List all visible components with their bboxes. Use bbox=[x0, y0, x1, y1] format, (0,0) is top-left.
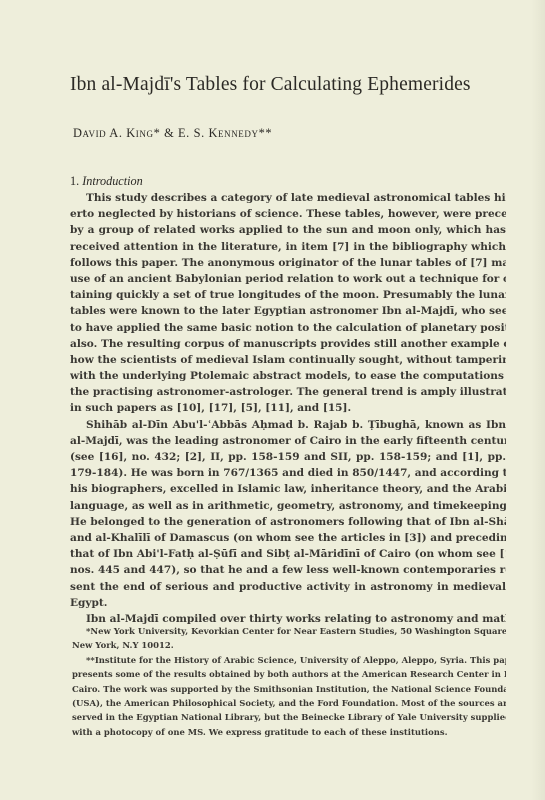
footnote-line: New York, N.Y 10012. bbox=[72, 638, 506, 652]
body-line: al-Majdī, was the leading astronomer of … bbox=[70, 433, 506, 449]
body-line: sent the end of serious and productive a… bbox=[70, 579, 506, 595]
body-line: that of Ibn Abi'l-Fatḥ al-Ṣūfī and Sibṭ … bbox=[70, 546, 506, 562]
body-line: (see [16], no. 432; [2], II, pp. 158-159… bbox=[70, 449, 506, 465]
body-line: tables were known to the later Egyptian … bbox=[70, 303, 506, 319]
footnote-line: served in the Egyptian National Library,… bbox=[72, 710, 506, 724]
body-line: in such papers as [10], [17], [5], [11],… bbox=[70, 400, 506, 416]
body-text: This study describes a category of late … bbox=[70, 190, 506, 627]
body-line: with the underlying Ptolemaic abstract m… bbox=[70, 368, 506, 384]
body-line: and al-Khalīlī of Damascus (on whom see … bbox=[70, 530, 506, 546]
body-line: received attention in the literature, in… bbox=[70, 239, 506, 255]
page-edge-shadow bbox=[531, 0, 545, 800]
footnote-line: *New York University, Kevorkian Center f… bbox=[72, 624, 506, 638]
footnote-line: Cairo. The work was supported by the Smi… bbox=[72, 682, 506, 696]
body-line: nos. 445 and 447), so that he and a few … bbox=[70, 562, 506, 578]
body-line: He belonged to the generation of astrono… bbox=[70, 514, 506, 530]
body-line: language, as well as in arithmetic, geom… bbox=[70, 498, 506, 514]
footnote-line: with a photocopy of one MS. We express g… bbox=[72, 725, 506, 739]
body-line: taining quickly a set of true longitudes… bbox=[70, 287, 506, 303]
section-heading: 1. Introduction bbox=[70, 174, 143, 189]
body-line: also. The resulting corpus of manuscript… bbox=[70, 336, 506, 352]
section-number: 1. bbox=[70, 174, 79, 188]
body-line: 179-184). He was born in 767/1365 and di… bbox=[70, 465, 506, 481]
body-line: use of an ancient Babylonian period rela… bbox=[70, 271, 506, 287]
body-line: Shihāb al-Dīn Abu'l-ʿAbbās Aḥmad b. Raja… bbox=[70, 417, 506, 433]
paper-authors: David A. King* & E. S. Kennedy** bbox=[73, 126, 272, 141]
body-line: This study describes a category of late … bbox=[70, 190, 506, 206]
body-line: follows this paper. The anonymous origin… bbox=[70, 255, 506, 271]
body-line: how the scientists of medieval Islam con… bbox=[70, 352, 506, 368]
body-line: to have applied the same basic notion to… bbox=[70, 320, 506, 336]
footnotes: *New York University, Kevorkian Center f… bbox=[72, 624, 506, 739]
footnote-line: (USA), the American Philosophical Societ… bbox=[72, 696, 506, 710]
section-title: Introduction bbox=[82, 174, 142, 188]
paper-title: Ibn al-Majdī's Tables for Calculating Ep… bbox=[70, 74, 510, 96]
body-line: the practising astronomer-astrologer. Th… bbox=[70, 384, 506, 400]
body-line: by a group of related works applied to t… bbox=[70, 222, 506, 238]
body-line: Egypt. bbox=[70, 595, 506, 611]
footnote-line: **Institute for the History of Arabic Sc… bbox=[72, 653, 506, 667]
body-line: erto neglected by historians of science.… bbox=[70, 206, 506, 222]
footnote-line: presents some of the results obtained by… bbox=[72, 667, 506, 681]
body-line: his biographers, excelled in Islamic law… bbox=[70, 481, 506, 497]
